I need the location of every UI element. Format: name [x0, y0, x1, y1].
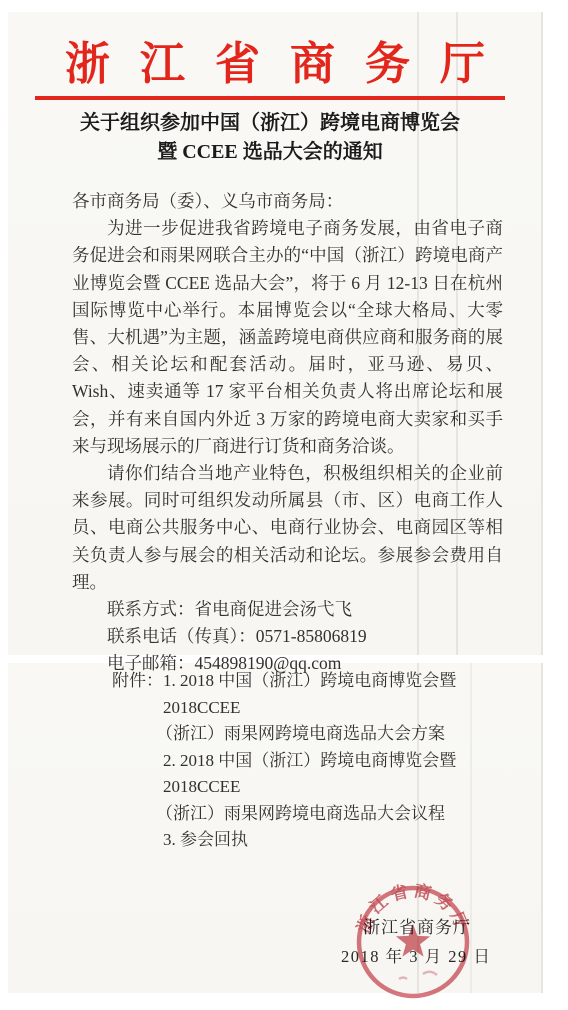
- notice-body: 各市商务局（委）、义乌市商务局： 为进一步促进我省跨境电子商务发展，由省电子商务…: [72, 188, 503, 678]
- document-title-line-1: 关于组织参加中国（浙江）跨境电商博览会: [40, 109, 500, 138]
- page-edge-shadow: [541, 663, 543, 993]
- attachment-item-2-line-2: （浙江）雨果网跨境电商选品大会议程: [112, 801, 497, 828]
- body-paragraph-2: 请你们结合当地产业特色，积极组织相关的企业前来参展。同时可组织发动所属县（市、区…: [72, 460, 503, 596]
- attachment-item-1-line-1: 附件： 1. 2018 中国（浙江）跨境电商博览会暨 2018CCEE: [112, 668, 497, 721]
- attachments-list: 附件： 1. 2018 中国（浙江）跨境电商博览会暨 2018CCEE （浙江）…: [112, 668, 497, 854]
- attachments-label: 附件：: [112, 668, 163, 721]
- salutation-line: 各市商务局（委）、义乌市商务局：: [72, 188, 503, 215]
- page-edge-shadow: [541, 12, 543, 655]
- document-title: 关于组织参加中国（浙江）跨境电商博览会 暨 CCEE 选品大会的通知: [40, 109, 500, 167]
- scanned-document-page: 浙江省商务厅 关于组织参加中国（浙江）跨境电商博览会 暨 CCEE 选品大会的通…: [0, 0, 568, 1010]
- attachment-item-2-line-1: 2. 2018 中国（浙江）跨境电商博览会暨 2018CCEE: [112, 748, 497, 801]
- attachment-item-1-line-2: （浙江）雨果网跨境电商选品大会方案: [112, 721, 497, 748]
- attachment-item-1-title: 1. 2018 中国（浙江）跨境电商博览会暨 2018CCEE: [163, 668, 497, 721]
- contact-phone-line: 联系电话（传真）：0571-85806819: [72, 623, 503, 650]
- agency-letterhead-title: 浙江省商务厅: [35, 36, 505, 92]
- signature-date: 2018 年 3 月 29 日: [341, 943, 491, 967]
- signature-agency-name: 浙江省商务厅: [363, 913, 471, 938]
- contact-person-line: 联系方式：省电商促进会汤弋飞: [72, 596, 503, 623]
- attachment-item-3: 3. 参会回执: [112, 827, 497, 854]
- body-paragraph-1: 为进一步促进我省跨境电子商务发展，由省电子商务促进会和雨果网联合主办的“中国（浙…: [72, 215, 503, 460]
- letterhead-divider-line: [35, 96, 505, 100]
- document-title-line-2: 暨 CCEE 选品大会的通知: [40, 138, 500, 167]
